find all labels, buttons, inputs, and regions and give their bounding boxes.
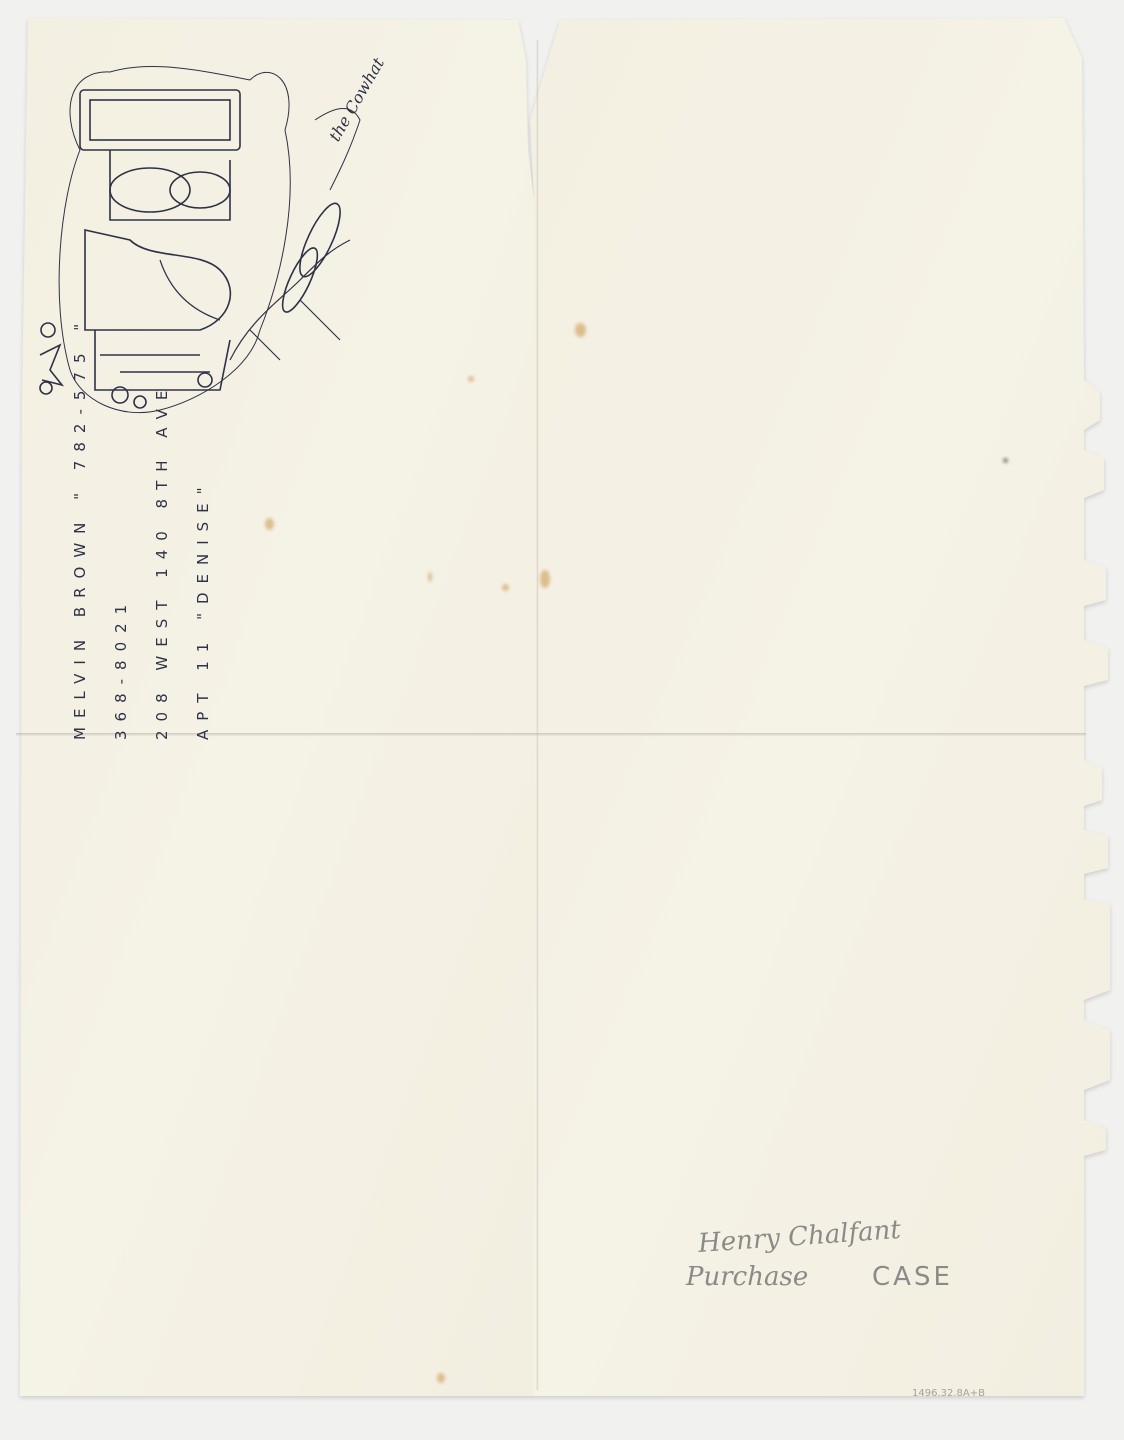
pencil-note-case: CASE xyxy=(872,1262,953,1292)
pencil-note-line2: Purchase xyxy=(686,1262,808,1292)
stain xyxy=(437,1373,445,1383)
stain xyxy=(502,584,509,591)
stain xyxy=(428,572,432,582)
contact-name-line: MELVIN BROWN " 782-575 " xyxy=(60,315,101,740)
stain xyxy=(265,518,274,530)
stain xyxy=(540,570,550,588)
vertical-fold xyxy=(536,40,539,1390)
stain xyxy=(575,323,586,337)
contact-phone-line: 368-8021 xyxy=(101,315,142,740)
contact-apt-line: APT 11 "DENISE" xyxy=(183,315,224,740)
handwritten-contact: MELVIN BROWN " 782-575 " 368-8021 208 WE… xyxy=(60,315,224,740)
accession-number: 1496.32.8A+B xyxy=(912,1388,985,1399)
scanned-document: the Cowhat MELVIN BROWN " 782-575 " 368-… xyxy=(0,0,1124,1440)
ink-dot xyxy=(1003,458,1008,463)
stain xyxy=(468,376,474,382)
contact-address-line: 208 WEST 140 8TH AVE xyxy=(142,315,183,740)
